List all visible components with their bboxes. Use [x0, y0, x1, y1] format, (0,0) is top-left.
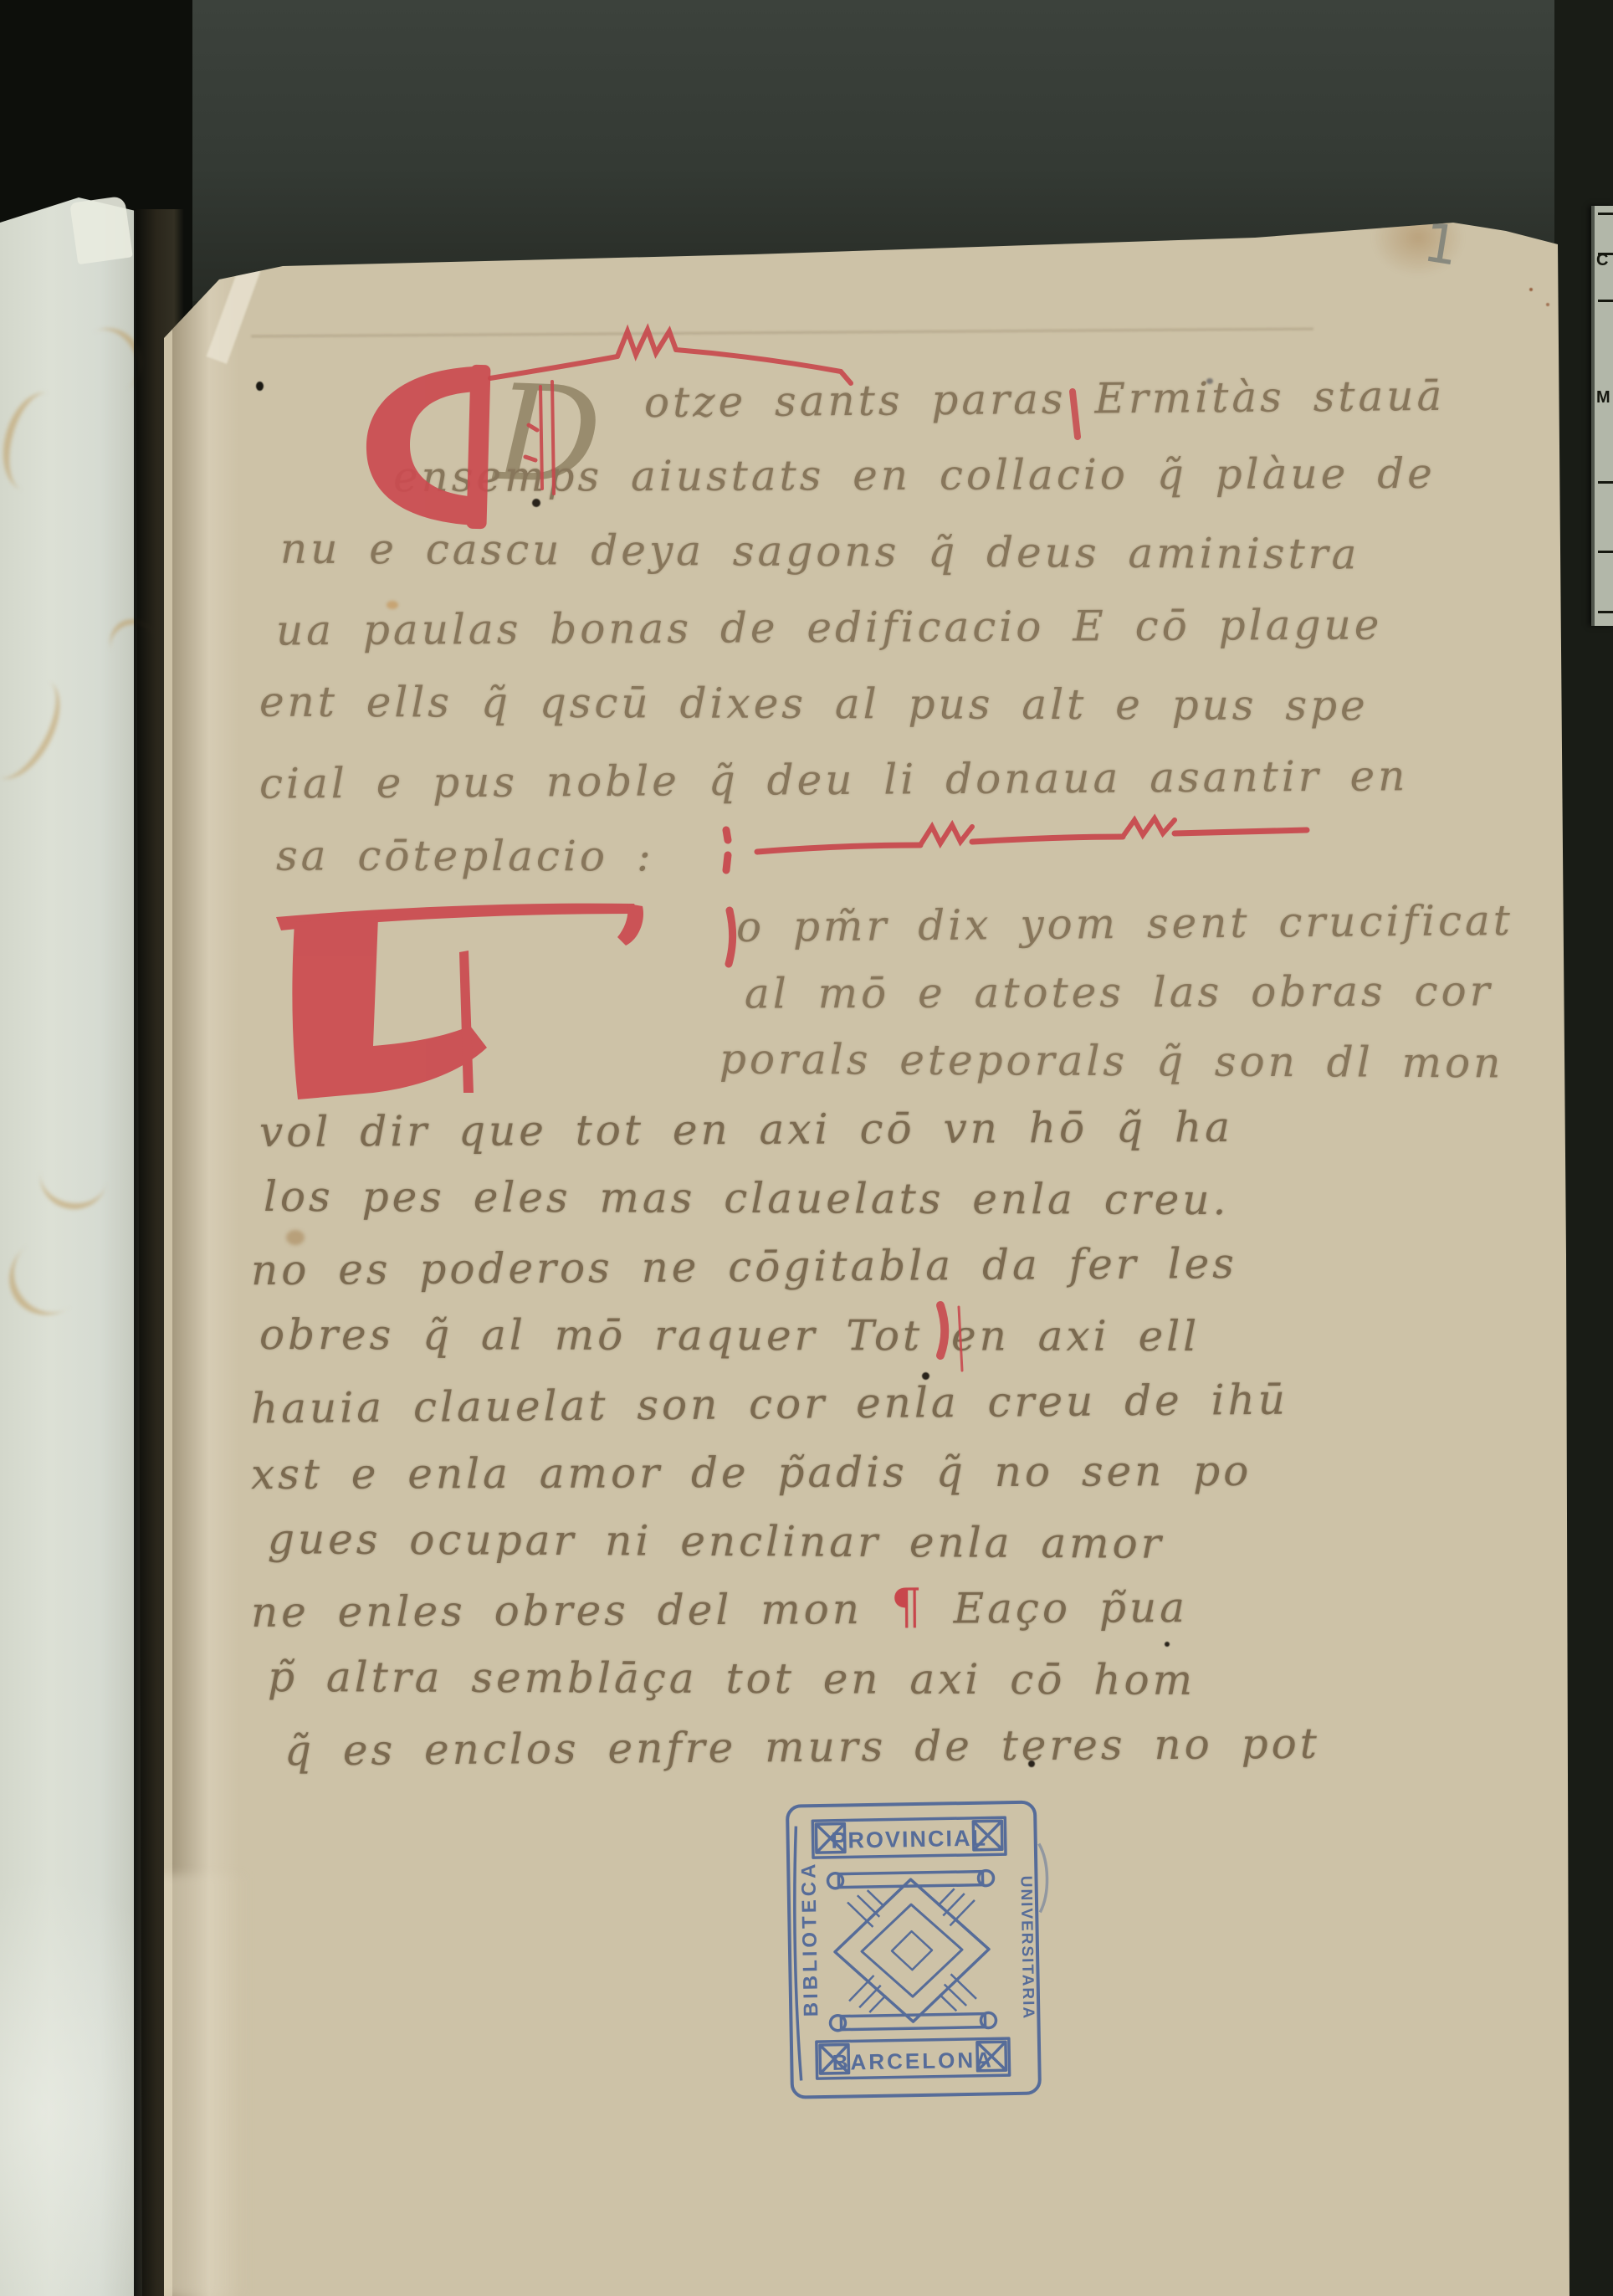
manuscript-line: otze sants paras Ermitàs stauā	[644, 372, 1446, 427]
horizontal-crease	[251, 328, 1313, 338]
page-corner-light	[156, 1874, 281, 2296]
manuscript-line: ne enles obres del mon ¶ Eaço p̃ua	[251, 1583, 1188, 1637]
ruler-tick	[1598, 300, 1613, 302]
manuscript-line: cial e pus noble q̃ deu li donaua asanti…	[259, 751, 1409, 808]
library-stamp: PROVINCIAL BARCELONA BIBLIOTECA UNIVERSI…	[782, 1793, 1055, 2108]
manuscript-line: ent ells q̃ qscū dixes al pus alt e pus …	[259, 678, 1369, 730]
manuscript-line: hauia clauelat son cor enla creu de ihū	[251, 1376, 1288, 1433]
manuscript-line: xst e enla amor de p̃adis q̃ no sen po	[251, 1447, 1252, 1499]
wormhole	[532, 499, 540, 507]
manuscript-photo: D otze sants paras Ermitàs stauāensemps …	[0, 0, 1613, 2296]
manuscript-line: nu e cascu deya sagons q̃ deus aministra	[280, 525, 1360, 579]
wormhole	[1165, 1642, 1170, 1647]
cm-ruler: C M	[1591, 206, 1613, 626]
rust-speck	[1546, 303, 1549, 306]
rubric-flourish-mid	[726, 818, 1307, 870]
ink-speck	[256, 382, 264, 391]
manuscript-line: gues ocupar ni enclinar enla amor	[268, 1514, 1165, 1568]
stamp-text-bottom: BARCELONA	[832, 2047, 995, 2074]
manuscript-line: los pes eles mas clauelats enla creu.	[264, 1172, 1230, 1224]
stamp-text-top: PROVINCIAL	[831, 1826, 987, 1853]
manuscript-line: p̃ altra semblāça tot en axi cō hom	[268, 1653, 1196, 1704]
gray-speck	[1206, 378, 1213, 384]
manuscript-line: ensemps aiustats en collacio q̃ plàue de	[393, 449, 1436, 501]
paragraph-initial-l	[276, 904, 643, 1099]
manuscript-line: q̃ es enclos enfre murs de teres no pot	[284, 1719, 1320, 1776]
wormhole	[1028, 1760, 1035, 1767]
rust-speck	[1529, 288, 1533, 291]
manuscript-line: sa cōteplacio :	[276, 832, 654, 881]
manuscript-line: no es poderos ne cōgitabla da fer les	[251, 1239, 1237, 1294]
ruler-tick	[1598, 481, 1613, 484]
manuscript-line: obres q̃ al mō raquer Tot en axi ell	[259, 1310, 1200, 1361]
parchment-page: D otze sants paras Ermitàs stauāensemps …	[0, 0, 1613, 2296]
manuscript-line: porals eteporals q̃ son dl mon	[719, 1035, 1504, 1088]
brown-stain	[286, 1230, 305, 1245]
rubric-accent-i	[729, 910, 733, 964]
manuscript-line: al mō e atotes las obras cor	[745, 966, 1493, 1017]
manuscript-line: o pm̃r dix yom sent crucificat	[736, 896, 1513, 951]
ruler-tick	[1598, 213, 1613, 215]
ruler-tick	[1598, 253, 1613, 255]
ruler-label-m: M	[1596, 388, 1610, 407]
wormhole	[922, 1372, 929, 1380]
manuscript-line: vol dir que tot en axi cō vn hō q̃ ha	[259, 1103, 1233, 1156]
ruler-tick	[1598, 611, 1613, 613]
pilcrow: ¶	[891, 1578, 925, 1635]
manuscript-line: ua paulas bonas de edificacio E cō plagu…	[276, 601, 1383, 655]
brown-stain	[387, 601, 398, 609]
stamp-text-left: BIBLIOTECA	[797, 1860, 822, 2017]
ruler-tick	[1598, 551, 1613, 553]
rubric-initial-c	[366, 365, 491, 530]
stamp-text-right: UNIVERSITARIA	[1016, 1876, 1037, 2021]
flyleaf-corner	[69, 196, 133, 264]
